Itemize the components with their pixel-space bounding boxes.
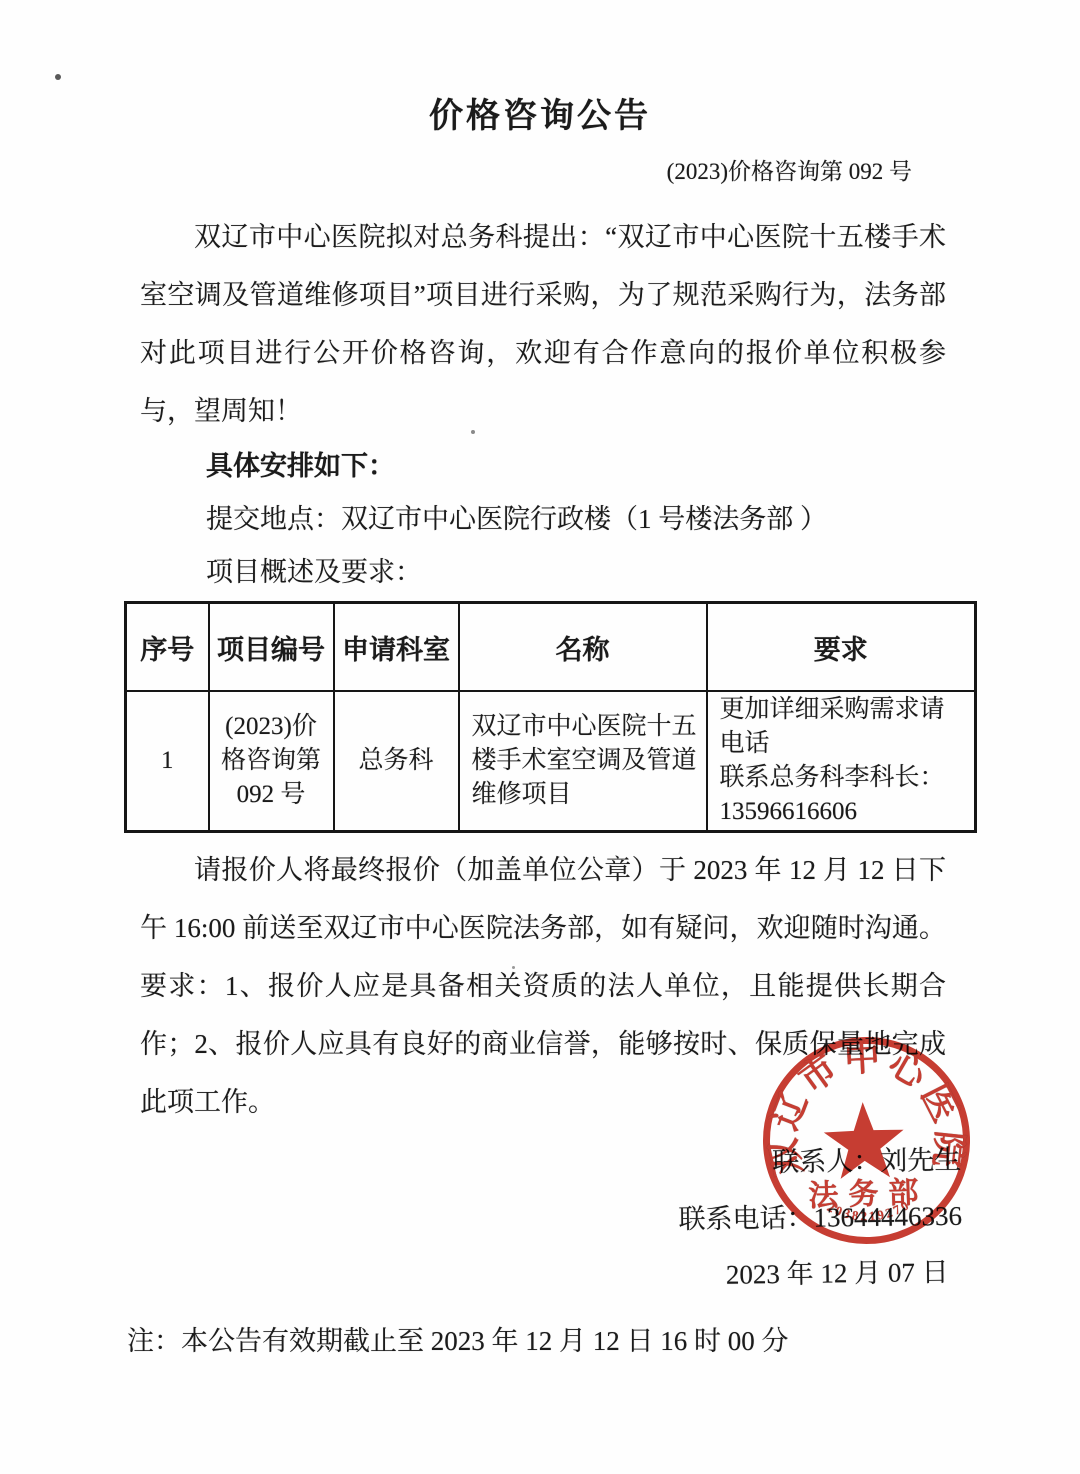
submission-location: 提交地点：双辽市中心医院行政楼（1 号楼法务部 ） — [140, 493, 946, 546]
cell-department: 总务科 — [334, 691, 459, 832]
arrangement-heading: 具体安排如下： — [140, 440, 946, 493]
col-header-name: 名称 — [459, 603, 707, 692]
doc-number: (2023)价格咨询第 092 号 — [0, 156, 1080, 188]
scanned-announcement-page: 价格咨询公告 (2023)价格咨询第 092 号 双辽市中心医院拟对总务科提出：… — [0, 0, 1080, 1474]
overview-heading: 项目概述及要求： — [140, 546, 946, 599]
seal-ring-char: 院 — [926, 1129, 970, 1169]
table-row: 1 (2023)价 格咨询第 092 号 总务科 双辽市中心医院十五 楼手术室空… — [126, 691, 976, 832]
col-header-project-no: 项目编号 — [209, 603, 334, 692]
page-title: 价格咨询公告 — [0, 94, 1080, 140]
arrangement-section: 具体安排如下： 提交地点：双辽市中心医院行政楼（1 号楼法务部 ） 项目概述及要… — [140, 440, 946, 599]
official-seal-stamp: 双 辽 市 中 心 医 院 法务部 2038219270 — [750, 1024, 983, 1257]
validity-note: 注：本公告有效期截止至 2023 年 12 月 12 日 16 时 00 分 — [127, 1321, 1080, 1361]
seal-ring-char: 医 — [914, 1078, 966, 1128]
cell-seq: 1 — [126, 691, 209, 832]
project-table: 序号 项目编号 申请科室 名称 要求 1 (2023)价 格咨询第 092 号 … — [124, 601, 977, 833]
seal-ring-char: 中 — [843, 1038, 881, 1080]
table-header-row: 序号 项目编号 申请科室 名称 要求 — [126, 603, 976, 692]
scan-speck — [512, 966, 515, 969]
col-header-requirement: 要求 — [707, 603, 976, 692]
intro-paragraph: 双辽市中心医院拟对总务科提出：“双辽市中心医院十五楼手术室空调及管道维修项目”项… — [140, 208, 946, 440]
cell-requirement: 更加详细采购需求请电话 联系总务科李科长： 13596616606 — [707, 691, 976, 832]
scan-speck — [471, 430, 475, 434]
scan-speck — [55, 74, 61, 80]
col-header-department: 申请科室 — [334, 603, 459, 692]
seal-ring-char: 市 — [792, 1047, 845, 1101]
seal-ring-char: 辽 — [765, 1087, 815, 1135]
cell-name: 双辽市中心医院十五 楼手术室空调及管道 维修项目 — [459, 691, 707, 832]
col-header-seq: 序号 — [126, 603, 209, 692]
cell-project-no: (2023)价 格咨询第 092 号 — [209, 691, 334, 832]
red-star-icon — [823, 1101, 905, 1180]
